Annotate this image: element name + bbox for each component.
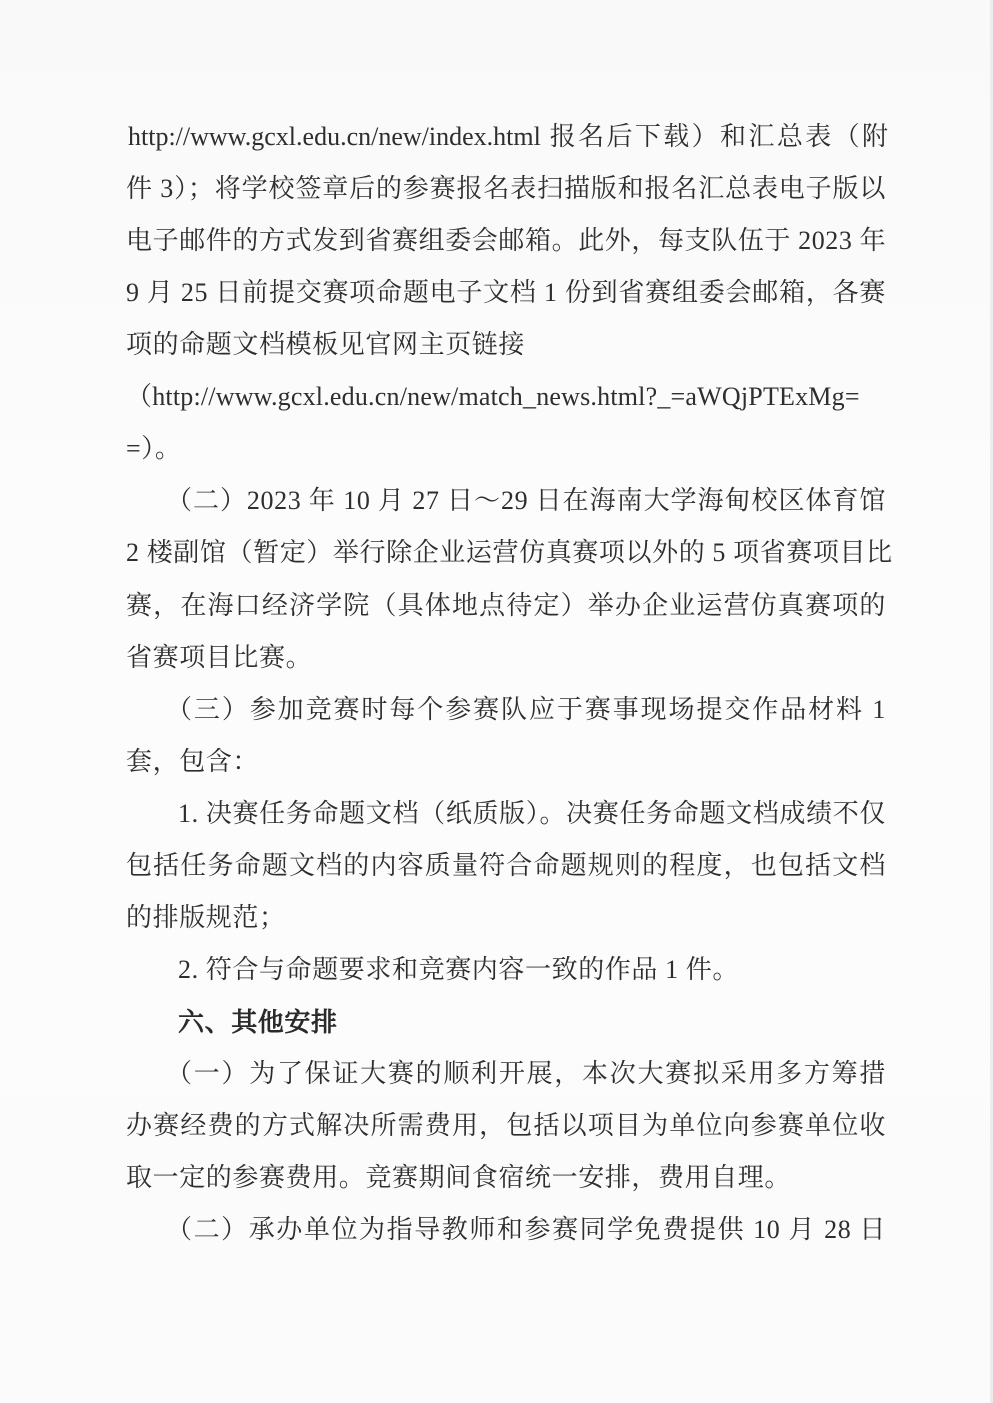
paragraph-venue-start: （二）2023 年 10 月 27 日～29 日在海南大学海甸校区体育馆: [166, 481, 886, 521]
text-line: 9 月 25 日前提交赛项命题电子文档 1 份到省赛组委会邮箱，各赛: [126, 273, 886, 313]
text-line: 电子邮件的方式发到省赛组委会邮箱。此外，每支队伍于 2023 年: [126, 221, 886, 261]
paragraph-host-provisions-start: （二）承办单位为指导教师和参赛同学免费提供 10 月 28 日: [166, 1210, 886, 1250]
text-line: 取一定的参赛费用。竞赛期间食宿统一安排，费用自理。: [126, 1158, 886, 1198]
list-item-2: 2. 符合与命题要求和竞赛内容一致的作品 1 件。: [178, 950, 886, 990]
paragraph-materials-start: （三）参加竞赛时每个参赛队应于赛事现场提交作品材料 1: [166, 690, 886, 730]
document-page: http://www.gcxl.edu.cn/new/index.html 报名…: [0, 0, 993, 1403]
text-line: 办赛经费的方式解决所需费用，包括以项目为单位向参赛单位收: [126, 1106, 886, 1146]
section-heading: 六、其他安排: [178, 1002, 886, 1042]
text-line: 项的命题文档模板见官网主页链接: [126, 325, 886, 365]
text-line-registration-url: http://www.gcxl.edu.cn/new/index.html 报名…: [128, 117, 888, 157]
text-line: 件 3）；将学校签章后的参赛报名表扫描版和报名汇总表电子版以: [126, 169, 886, 209]
list-item-1: 1. 决赛任务命题文档（纸质版）。决赛任务命题文档成绩不仅: [178, 794, 886, 834]
text-line: 2 楼副馆（暂定）举行除企业运营仿真赛项以外的 5 项省赛项目比: [126, 533, 886, 573]
text-line: 省赛项目比赛。: [126, 638, 886, 678]
text-line: 赛，在海口经济学院（具体地点待定）举办企业运营仿真赛项的: [126, 586, 886, 626]
text-line: 套，包含：: [126, 742, 886, 782]
text-line: =）。: [126, 429, 886, 469]
text-line: 的排版规范；: [126, 898, 886, 938]
text-line-template-url: （http://www.gcxl.edu.cn/new/match_news.h…: [126, 377, 886, 417]
text-line: 包括任务命题文档的内容质量符合命题规则的程度，也包括文档: [126, 846, 886, 886]
paragraph-funding-start: （一）为了保证大赛的顺利开展，本次大赛拟采用多方筹措: [166, 1054, 886, 1094]
